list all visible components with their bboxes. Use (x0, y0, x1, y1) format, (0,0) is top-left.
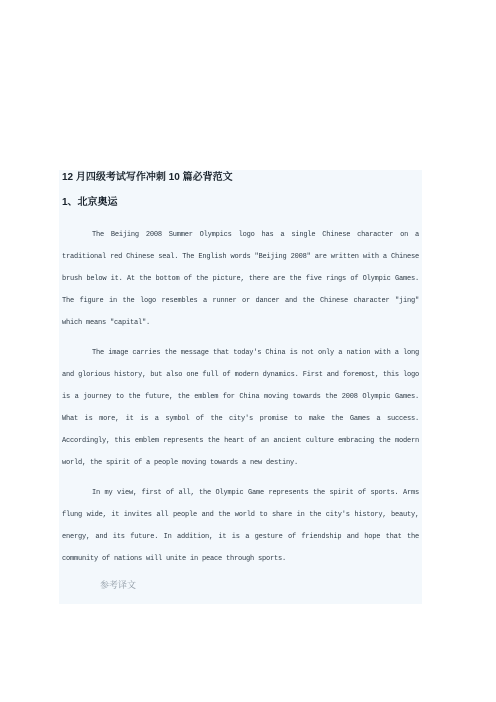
essay-paragraph-1: The Beijing 2008 Summer Olympics logo ha… (62, 224, 419, 334)
document-title: 12 月四级考试写作冲刺 10 篇必背范文 (62, 171, 419, 185)
document-page: 12 月四级考试写作冲刺 10 篇必背范文 1、北京奥运 The Beijing… (0, 0, 496, 702)
reference-translation-label: 参考译文 (62, 578, 419, 592)
highlighted-content-block: 12 月四级考试写作冲刺 10 篇必背范文 1、北京奥运 The Beijing… (59, 170, 422, 604)
section-heading-beijing-olympics: 1、北京奥运 (62, 196, 419, 210)
essay-paragraph-3: In my view, first of all, the Olympic Ga… (62, 482, 419, 570)
essay-paragraph-2: The image carries the message that today… (62, 342, 419, 474)
